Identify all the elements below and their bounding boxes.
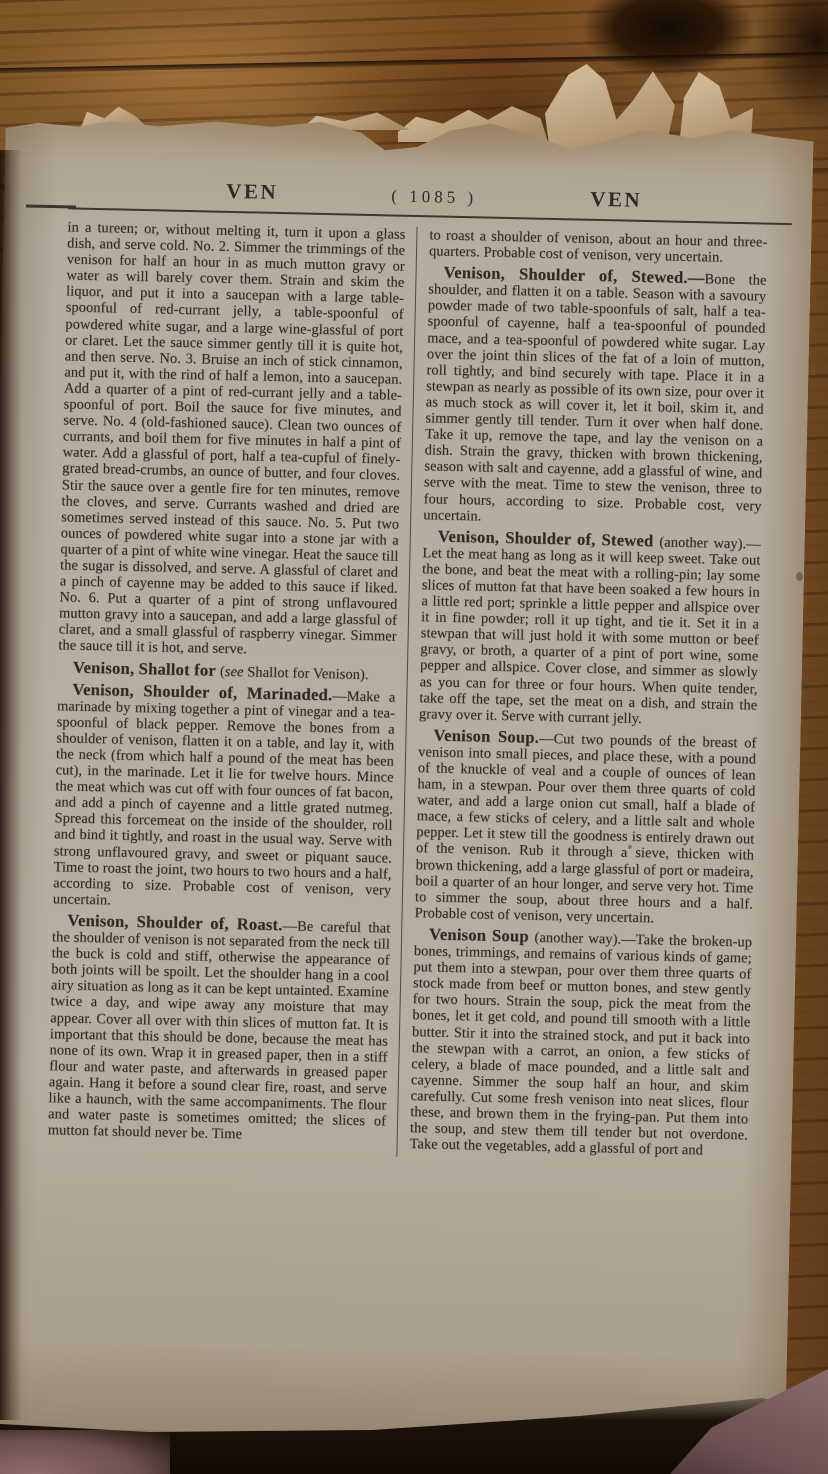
paper-blemish	[628, 845, 632, 849]
header-rule-dash	[26, 204, 76, 208]
entry-paragraph: Venison, Shoulder of, Roast.—Be careful …	[48, 912, 391, 1146]
entry-text: (another way).—Let the meat hang as long…	[419, 534, 761, 727]
entry-text: —Make a marinade by mixing together a pi…	[53, 688, 396, 908]
entry-text: Bone the shoulder, and flatten it on a t…	[423, 271, 767, 524]
entry-paragraph: Venison, Shoulder of, Stewed.—Bone the s…	[423, 264, 767, 530]
entry-paragraph: Venison, Shoulder of, Marinaded.—Make a …	[53, 681, 396, 915]
header-guide-word-right: VEN	[590, 187, 642, 213]
header-guide-word-left: VEN	[226, 179, 278, 205]
book-gutter-shadow	[0, 150, 22, 1420]
entry-text: see	[225, 663, 244, 679]
entry-heading: Venison Soup	[429, 924, 535, 945]
entry-text: Shallot for Venison).	[243, 664, 368, 683]
entry-text: (another way).—Take the broken-up bones,…	[409, 930, 752, 1159]
entry-text: —Be careful that the shoulder of venison…	[48, 918, 391, 1142]
entry-paragraph: Venison, Shoulder of, Stewed (another wa…	[419, 528, 761, 729]
column-left: in a tureen; or, without melting it, tur…	[47, 219, 416, 1157]
entry-text: in a tureen; or, without melting it, tur…	[58, 219, 405, 657]
cloth-corner-left	[0, 1430, 170, 1474]
paper-blemish	[796, 572, 803, 581]
entry-heading: Venison, Shallot for	[73, 657, 221, 679]
text-columns: in a tureen; or, without melting it, tur…	[0, 218, 811, 1166]
entry-paragraph: in a tureen; or, without melting it, tur…	[58, 219, 405, 661]
entry-paragraph: Venison Soup (another way).—Take the bro…	[409, 926, 752, 1160]
page-number: ( 1085 )	[391, 186, 477, 208]
entry-heading: Venison Soup.	[433, 725, 539, 746]
entry-paragraph: Venison Soup.—Cut two pounds of the brea…	[414, 727, 756, 928]
entry-text: to roast a shoulder of venison, about an…	[429, 227, 768, 266]
book-page: VEN ( 1085 ) VEN in a tureen; or, withou…	[0, 112, 814, 1461]
entry-paragraph: to roast a shoulder of venison, about an…	[429, 227, 768, 267]
column-right: to roast a shoulder of venison, about an…	[396, 227, 767, 1165]
entry-text: —Cut two pounds of the breast of venison…	[414, 731, 756, 927]
